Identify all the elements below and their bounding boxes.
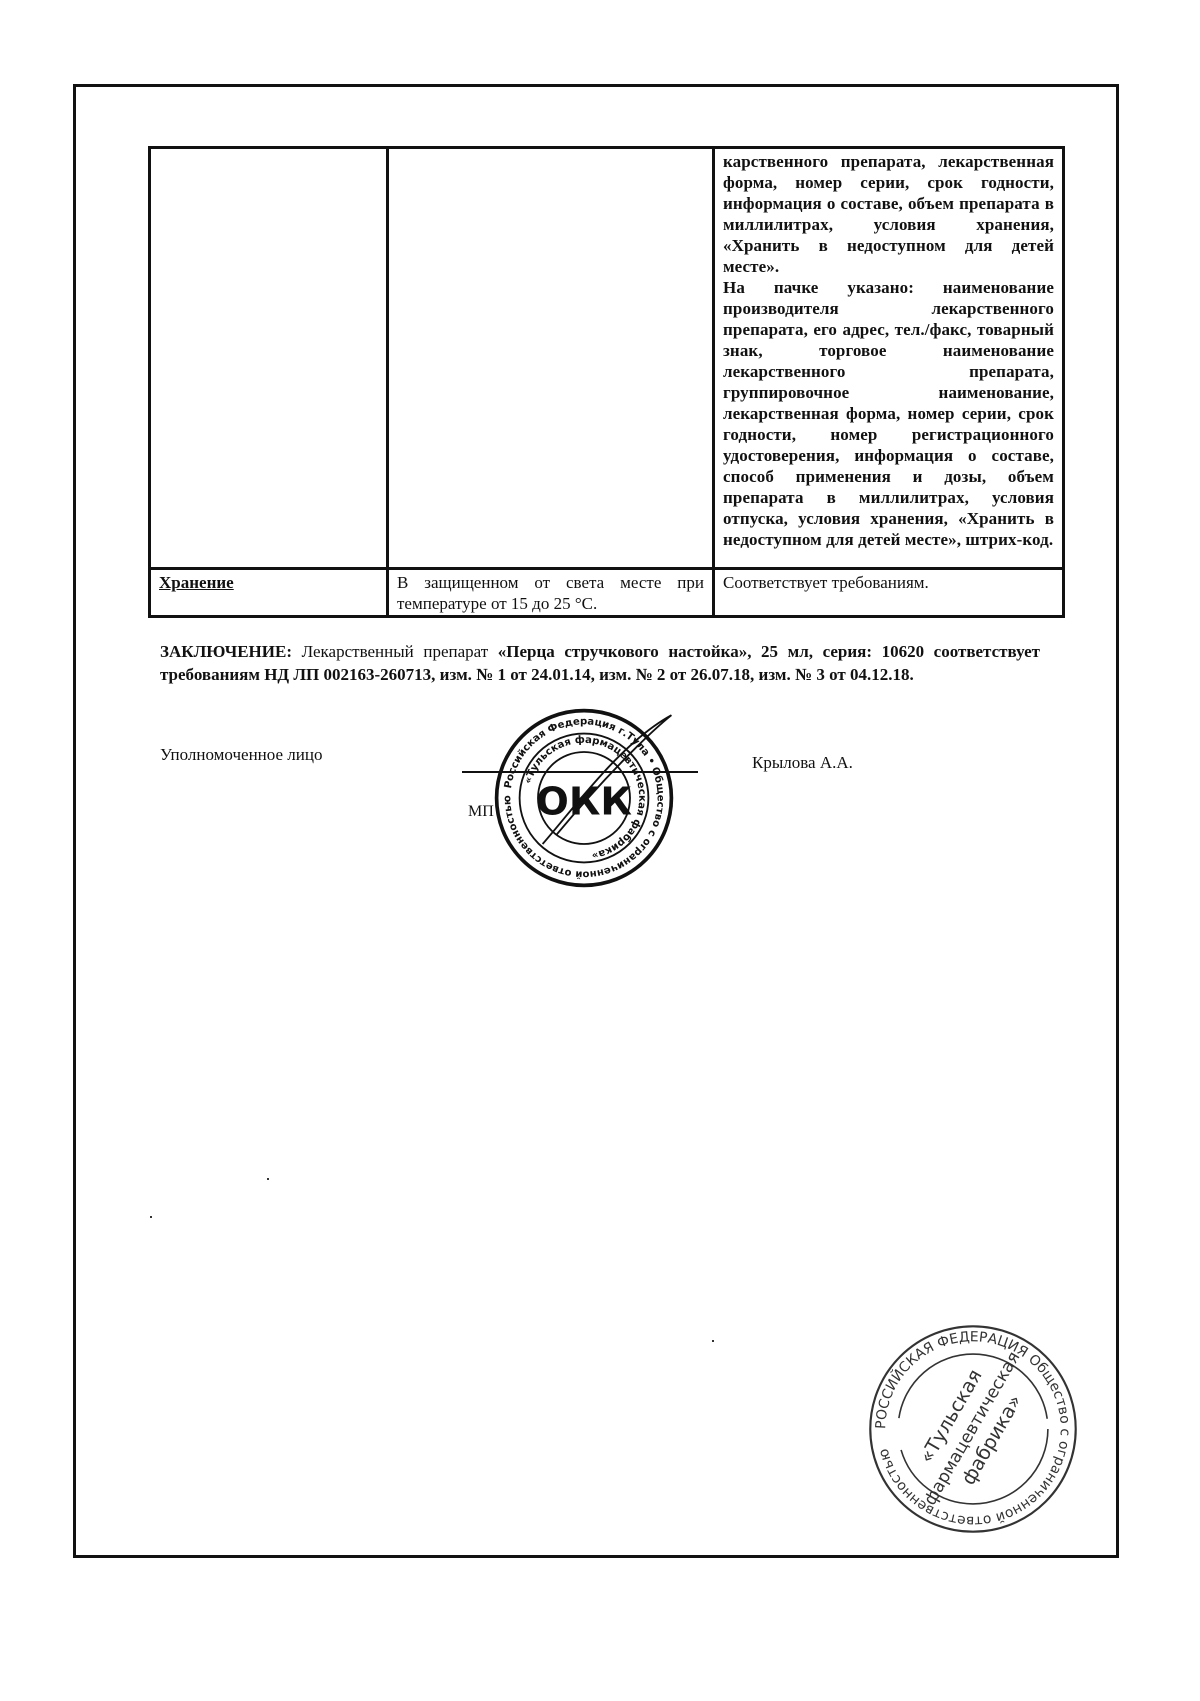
scan-speck xyxy=(267,1178,269,1180)
scan-speck xyxy=(712,1340,714,1342)
result-paragraph: карственного препарата, лекарственная фо… xyxy=(723,151,1054,277)
table-row: Хранение В защищенном от света месте при… xyxy=(150,569,1064,617)
result-paragraph: На пачке указано: наименование производи… xyxy=(723,277,1054,550)
table-row: карственного препарата, лекарственная фо… xyxy=(150,148,1064,569)
parameter-cell: Хранение xyxy=(150,569,388,617)
requirement-cell xyxy=(388,148,714,569)
signer-role: Уполномоченное лицо xyxy=(160,745,322,765)
conclusion: ЗАКЛЮЧЕНИЕ: Лекарственный препарат «Перц… xyxy=(160,640,1040,686)
specification-table: карственного препарата, лекарственная фо… xyxy=(148,146,1065,618)
parameter-name: Хранение xyxy=(159,573,234,592)
conclusion-label: ЗАКЛЮЧЕНИЕ: xyxy=(160,642,292,661)
result-cell: Соответствует требованиям. xyxy=(714,569,1064,617)
scan-speck xyxy=(150,1216,152,1218)
parameter-cell xyxy=(150,148,388,569)
result-cell: карственного препарата, лекарственная фо… xyxy=(714,148,1064,569)
signer-name: Крылова А.А. xyxy=(752,753,853,773)
seal-place-label: МП xyxy=(468,803,494,821)
requirement-cell: В защищенном от света месте при температ… xyxy=(388,569,714,617)
company-stamp-icon: РОССИЙСКАЯ ФЕДЕРАЦИЯ Общество с ограниче… xyxy=(866,1322,1080,1536)
okk-stamp-icon: Российская Федерация г.Тула • Общество с… xyxy=(492,706,676,890)
conclusion-text: Лекарственный препарат xyxy=(292,642,498,661)
